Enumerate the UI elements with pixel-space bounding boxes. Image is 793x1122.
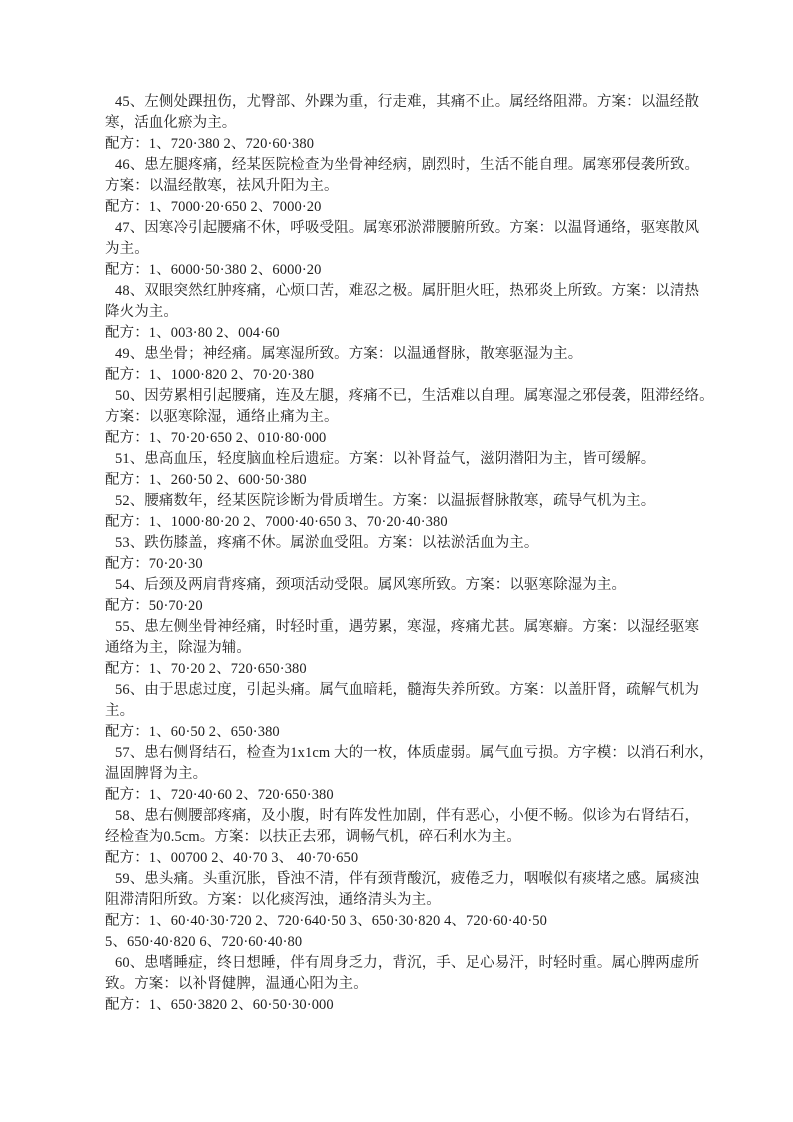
text-line: 配方：1、7000·20·650 2、7000·20 xyxy=(105,197,693,218)
text-line: 5、650·40·820 6、720·60·40·80 xyxy=(105,932,693,953)
text-line: 60、患嗜睡症，终日想睡，伴有周身乏力，背沉，手、足心易汗，时轻时重。属心脾两虚… xyxy=(105,953,693,974)
text-block: 45、左侧处踝扭伤，尤臀部、外踝为重，行走难，其痛不止。属经络阻滞。方案：以温经… xyxy=(105,92,693,1016)
text-line: 主。 xyxy=(105,701,693,722)
text-line: 55、患左侧坐骨神经痛，时轻时重，遇劳累，寒湿，疼痛尤甚。属寒癖。方案：以湿经驱… xyxy=(105,617,693,638)
text-line: 58、患右侧腰部疼痛，及小腹，时有阵发性加剧，伴有恶心，小便不畅。似诊为右肾结石… xyxy=(105,806,693,827)
text-line: 降火为主。 xyxy=(105,302,693,323)
text-line: 45、左侧处踝扭伤，尤臀部、外踝为重，行走难，其痛不止。属经络阻滞。方案：以温经… xyxy=(105,92,693,113)
text-line: 57、患右侧肾结石，检查为1x1cm 大的一枚，体质虚弱。属气血亏损。方字模：以… xyxy=(105,743,693,764)
document-page: 45、左侧处踝扭伤，尤臀部、外踝为重，行走难，其痛不止。属经络阻滞。方案：以温经… xyxy=(0,0,793,1122)
text-line: 通络为主，除湿为辅。 xyxy=(105,638,693,659)
text-line: 配方：1、00700 2、40·70 3、 40·70·650 xyxy=(105,848,693,869)
text-line: 56、由于思虑过度，引起头痛。属气血暗耗，髓海失养所致。方案：以盖肝肾，疏解气机… xyxy=(105,680,693,701)
text-line: 47、因寒冷引起腰痛不休，呼吸受阻。属寒邪淤滞腰腑所致。方案：以温肾通络，驱寒散… xyxy=(105,218,693,239)
text-line: 配方：1、650·3820 2、60·50·30·000 xyxy=(105,995,693,1016)
text-line: 寒，活血化瘀为主。 xyxy=(105,113,693,134)
text-line: 温固脾肾为主。 xyxy=(105,764,693,785)
text-line: 配方：70·20·30 xyxy=(105,554,693,575)
text-line: 配方：1、720·40·60 2、720·650·380 xyxy=(105,785,693,806)
text-line: 配方：1、70·20 2、720·650·380 xyxy=(105,659,693,680)
text-line: 配方：1、260·50 2、600·50·380 xyxy=(105,470,693,491)
text-line: 48、双眼突然红肿疼痛，心烦口苦，难忍之极。属肝胆火旺，热邪炎上所致。方案：以清… xyxy=(105,281,693,302)
text-line: 为主。 xyxy=(105,239,693,260)
text-line: 59、患头痛。头重沉胀，昏浊不清，伴有颈背酸沉，疲倦乏力，咽喉似有痰堵之感。属痰… xyxy=(105,869,693,890)
text-line: 49、患坐骨；神经痛。属寒湿所致。方案：以温通督脉，散寒驱湿为主。 xyxy=(105,344,693,365)
text-line: 52、腰痛数年，经某医院诊断为骨质增生。方案：以温振督脉散寒，疏导气机为主。 xyxy=(105,491,693,512)
text-line: 致。方案：以补肾健脾，温通心阳为主。 xyxy=(105,974,693,995)
text-line: 46、患左腿疼痛，经某医院检查为坐骨神经病，剧烈时，生活不能自理。属寒邪侵袭所致… xyxy=(105,155,693,176)
text-line: 配方：1、1000·820 2、70·20·380 xyxy=(105,365,693,386)
text-line: 经检查为0.5cm。方案：以扶正去邪，调畅气机，碎石利水为主。 xyxy=(105,827,693,848)
text-line: 阻滞清阳所致。方案：以化痰泻浊，通络清头为主。 xyxy=(105,890,693,911)
text-line: 方案：以温经散寒，祛风升阳为主。 xyxy=(105,176,693,197)
text-line: 方案：以驱寒除湿，通络止痛为主。 xyxy=(105,407,693,428)
text-line: 配方：1、6000·50·380 2、6000·20 xyxy=(105,260,693,281)
text-line: 51、患高血压，轻度脑血栓后遗症。方案：以补肾益气，滋阴潜阳为主，皆可缓解。 xyxy=(105,449,693,470)
text-line: 配方：1、60·40·30·720 2、720·640·50 3、650·30·… xyxy=(105,911,693,932)
text-line: 53、跌伤膝盖，疼痛不休。属淤血受阻。方案：以祛淤活血为主。 xyxy=(105,533,693,554)
text-line: 50、因劳累相引起腰痛，连及左腿，疼痛不已，生活难以自理。属寒湿之邪侵袭，阻滞经… xyxy=(105,386,693,407)
text-line: 配方：50·70·20 xyxy=(105,596,693,617)
text-line: 配方：1、720·380 2、720·60·380 xyxy=(105,134,693,155)
text-line: 配方：1、1000·80·20 2、7000·40·650 3、70·20·40… xyxy=(105,512,693,533)
text-line: 配方：1、70·20·650 2、010·80·000 xyxy=(105,428,693,449)
text-line: 配方：1、60·50 2、650·380 xyxy=(105,722,693,743)
text-line: 54、后颈及两肩背疼痛，颈项活动受限。属风寒所致。方案：以驱寒除湿为主。 xyxy=(105,575,693,596)
text-line: 配方：1、003·80 2、004·60 xyxy=(105,323,693,344)
